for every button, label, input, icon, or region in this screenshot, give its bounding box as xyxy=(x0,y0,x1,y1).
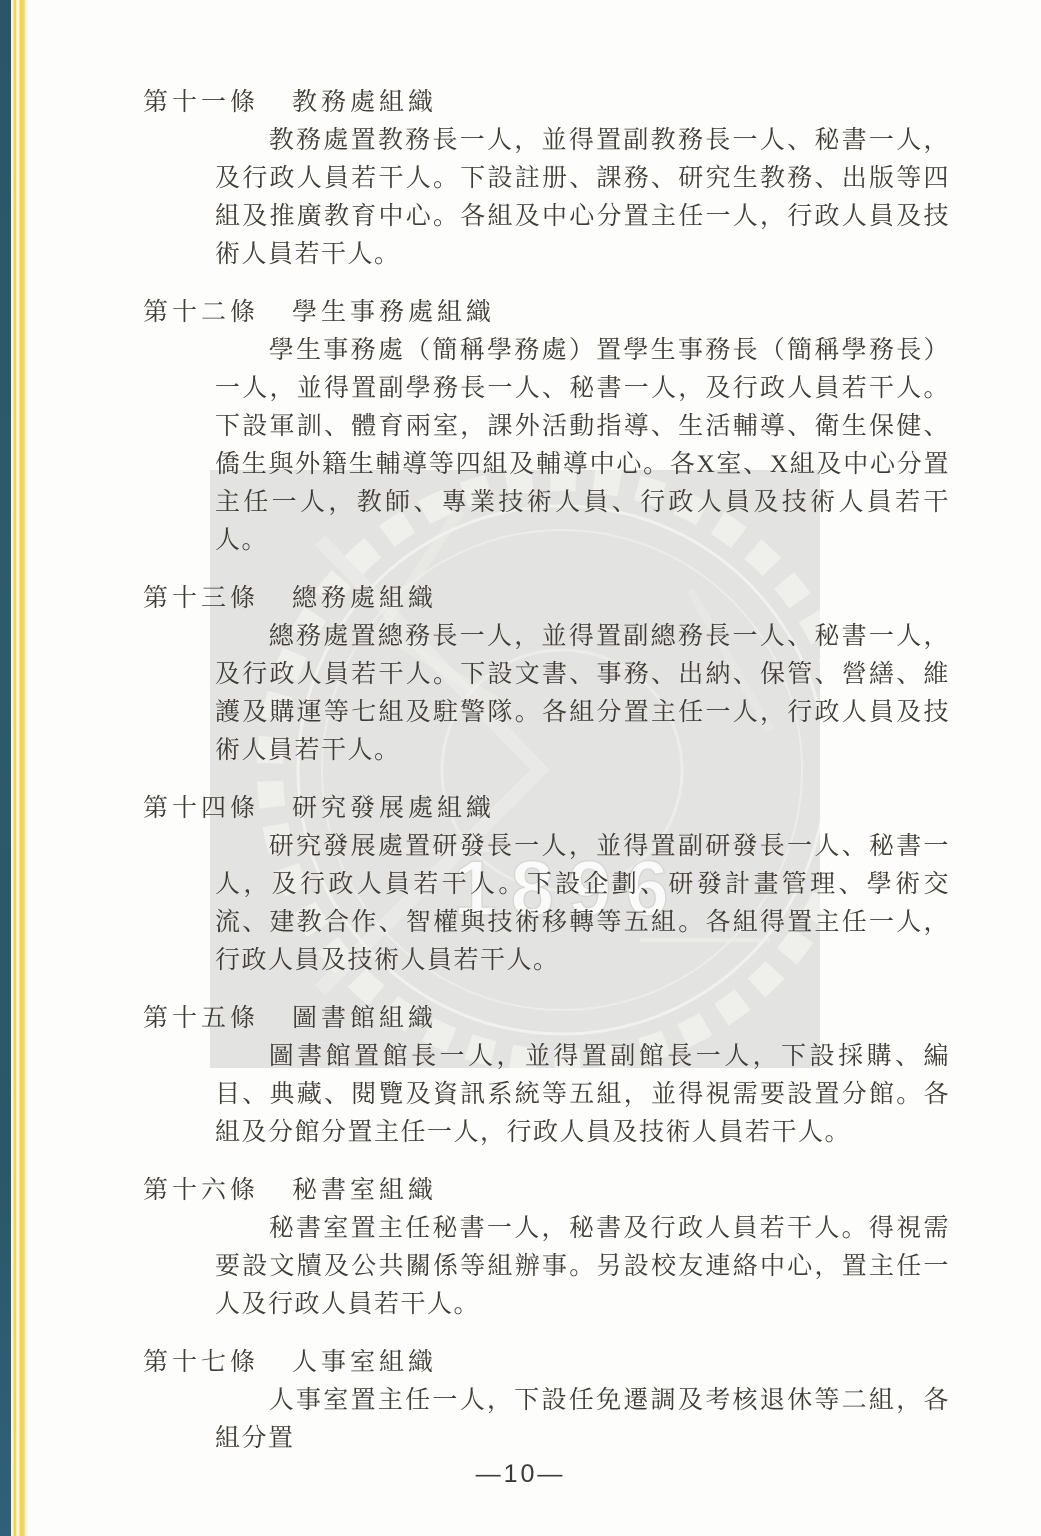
article-16: 第十六條 秘書室組織 秘書室置主任秘書一人，秘書及行政人員若干人。得視需要設文牘… xyxy=(143,1172,955,1324)
article-header: 第十三條 總務處組織 xyxy=(143,580,955,618)
article-title: 學生事務處組織 xyxy=(292,294,495,332)
article-header: 第十二條 學生事務處組織 xyxy=(143,294,955,332)
article-header: 第十六條 秘書室組織 xyxy=(143,1172,955,1210)
article-number: 第十七條 xyxy=(143,1344,270,1382)
article-header: 第十七條 人事室組織 xyxy=(143,1344,955,1382)
page-stack-edge xyxy=(11,0,28,1536)
article-title: 圖書館組織 xyxy=(292,1000,437,1038)
article-number: 第十二條 xyxy=(143,294,270,332)
article-number: 第十四條 xyxy=(143,790,270,828)
page-number: —10— xyxy=(0,1460,1041,1489)
article-header: 第十四條 研究發展處組織 xyxy=(143,790,955,828)
article-number: 第十六條 xyxy=(143,1172,270,1210)
article-12: 第十二條 學生事務處組織 學生事務處（簡稱學務處）置學生事務長（簡稱學務長）一人… xyxy=(143,294,955,560)
article-title: 秘書室組織 xyxy=(292,1172,437,1210)
article-title: 總務處組織 xyxy=(292,580,437,618)
article-body: 學生事務處（簡稱學務處）置學生事務長（簡稱學務長）一人，並得置副學務長一人、秘書… xyxy=(215,332,950,560)
article-number: 第十三條 xyxy=(143,580,270,618)
article-14: 第十四條 研究發展處組織 研究發展處置研發長一人，並得置副研發長一人、秘書一人，… xyxy=(143,790,955,980)
article-15: 第十五條 圖書館組織 圖書館置館長一人，並得置副館長一人，下設採購、編目、典藏、… xyxy=(143,1000,955,1152)
article-title: 教務處組織 xyxy=(292,84,437,122)
article-title: 人事室組織 xyxy=(292,1344,437,1382)
article-body: 人事室置主任一人，下設任免遷調及考核退休等二組，各組分置 xyxy=(215,1382,950,1458)
article-body: 秘書室置主任秘書一人，秘書及行政人員若干人。得視需要設文牘及公共關係等組辦事。另… xyxy=(215,1210,950,1324)
article-13: 第十三條 總務處組織 總務處置總務長一人，並得置副總務長一人、秘書一人，及行政人… xyxy=(143,580,955,770)
article-body: 研究發展處置研發長一人，並得置副研發長一人、秘書一人，及行政人員若干人。下設企劃… xyxy=(215,828,950,980)
article-body: 教務處置教務長一人，並得置副教務長一人、秘書一人，及行政人員若干人。下設註册、課… xyxy=(215,122,950,274)
article-number: 第十五條 xyxy=(143,1000,270,1038)
article-body: 圖書館置館長一人，並得置副館長一人，下設採購、編目、典藏、閱覽及資訊系統等五組，… xyxy=(215,1038,950,1152)
article-title: 研究發展處組織 xyxy=(292,790,495,828)
article-11: 第十一條 教務處組織 教務處置教務長一人，並得置副教務長一人、秘書一人，及行政人… xyxy=(143,84,955,274)
article-number: 第十一條 xyxy=(143,84,270,122)
article-header: 第十一條 教務處組織 xyxy=(143,84,955,122)
article-header: 第十五條 圖書館組織 xyxy=(143,1000,955,1038)
article-body: 總務處置總務長一人，並得置副總務長一人、秘書一人，及行政人員若干人。下設文書、事… xyxy=(215,618,950,770)
article-17: 第十七條 人事室組織 人事室置主任一人，下設任免遷調及考核退休等二組，各組分置 xyxy=(143,1344,955,1458)
document-page-content: 第十一條 教務處組織 教務處置教務長一人，並得置副教務長一人、秘書一人，及行政人… xyxy=(143,84,955,1478)
book-cover-edge xyxy=(0,0,11,1536)
